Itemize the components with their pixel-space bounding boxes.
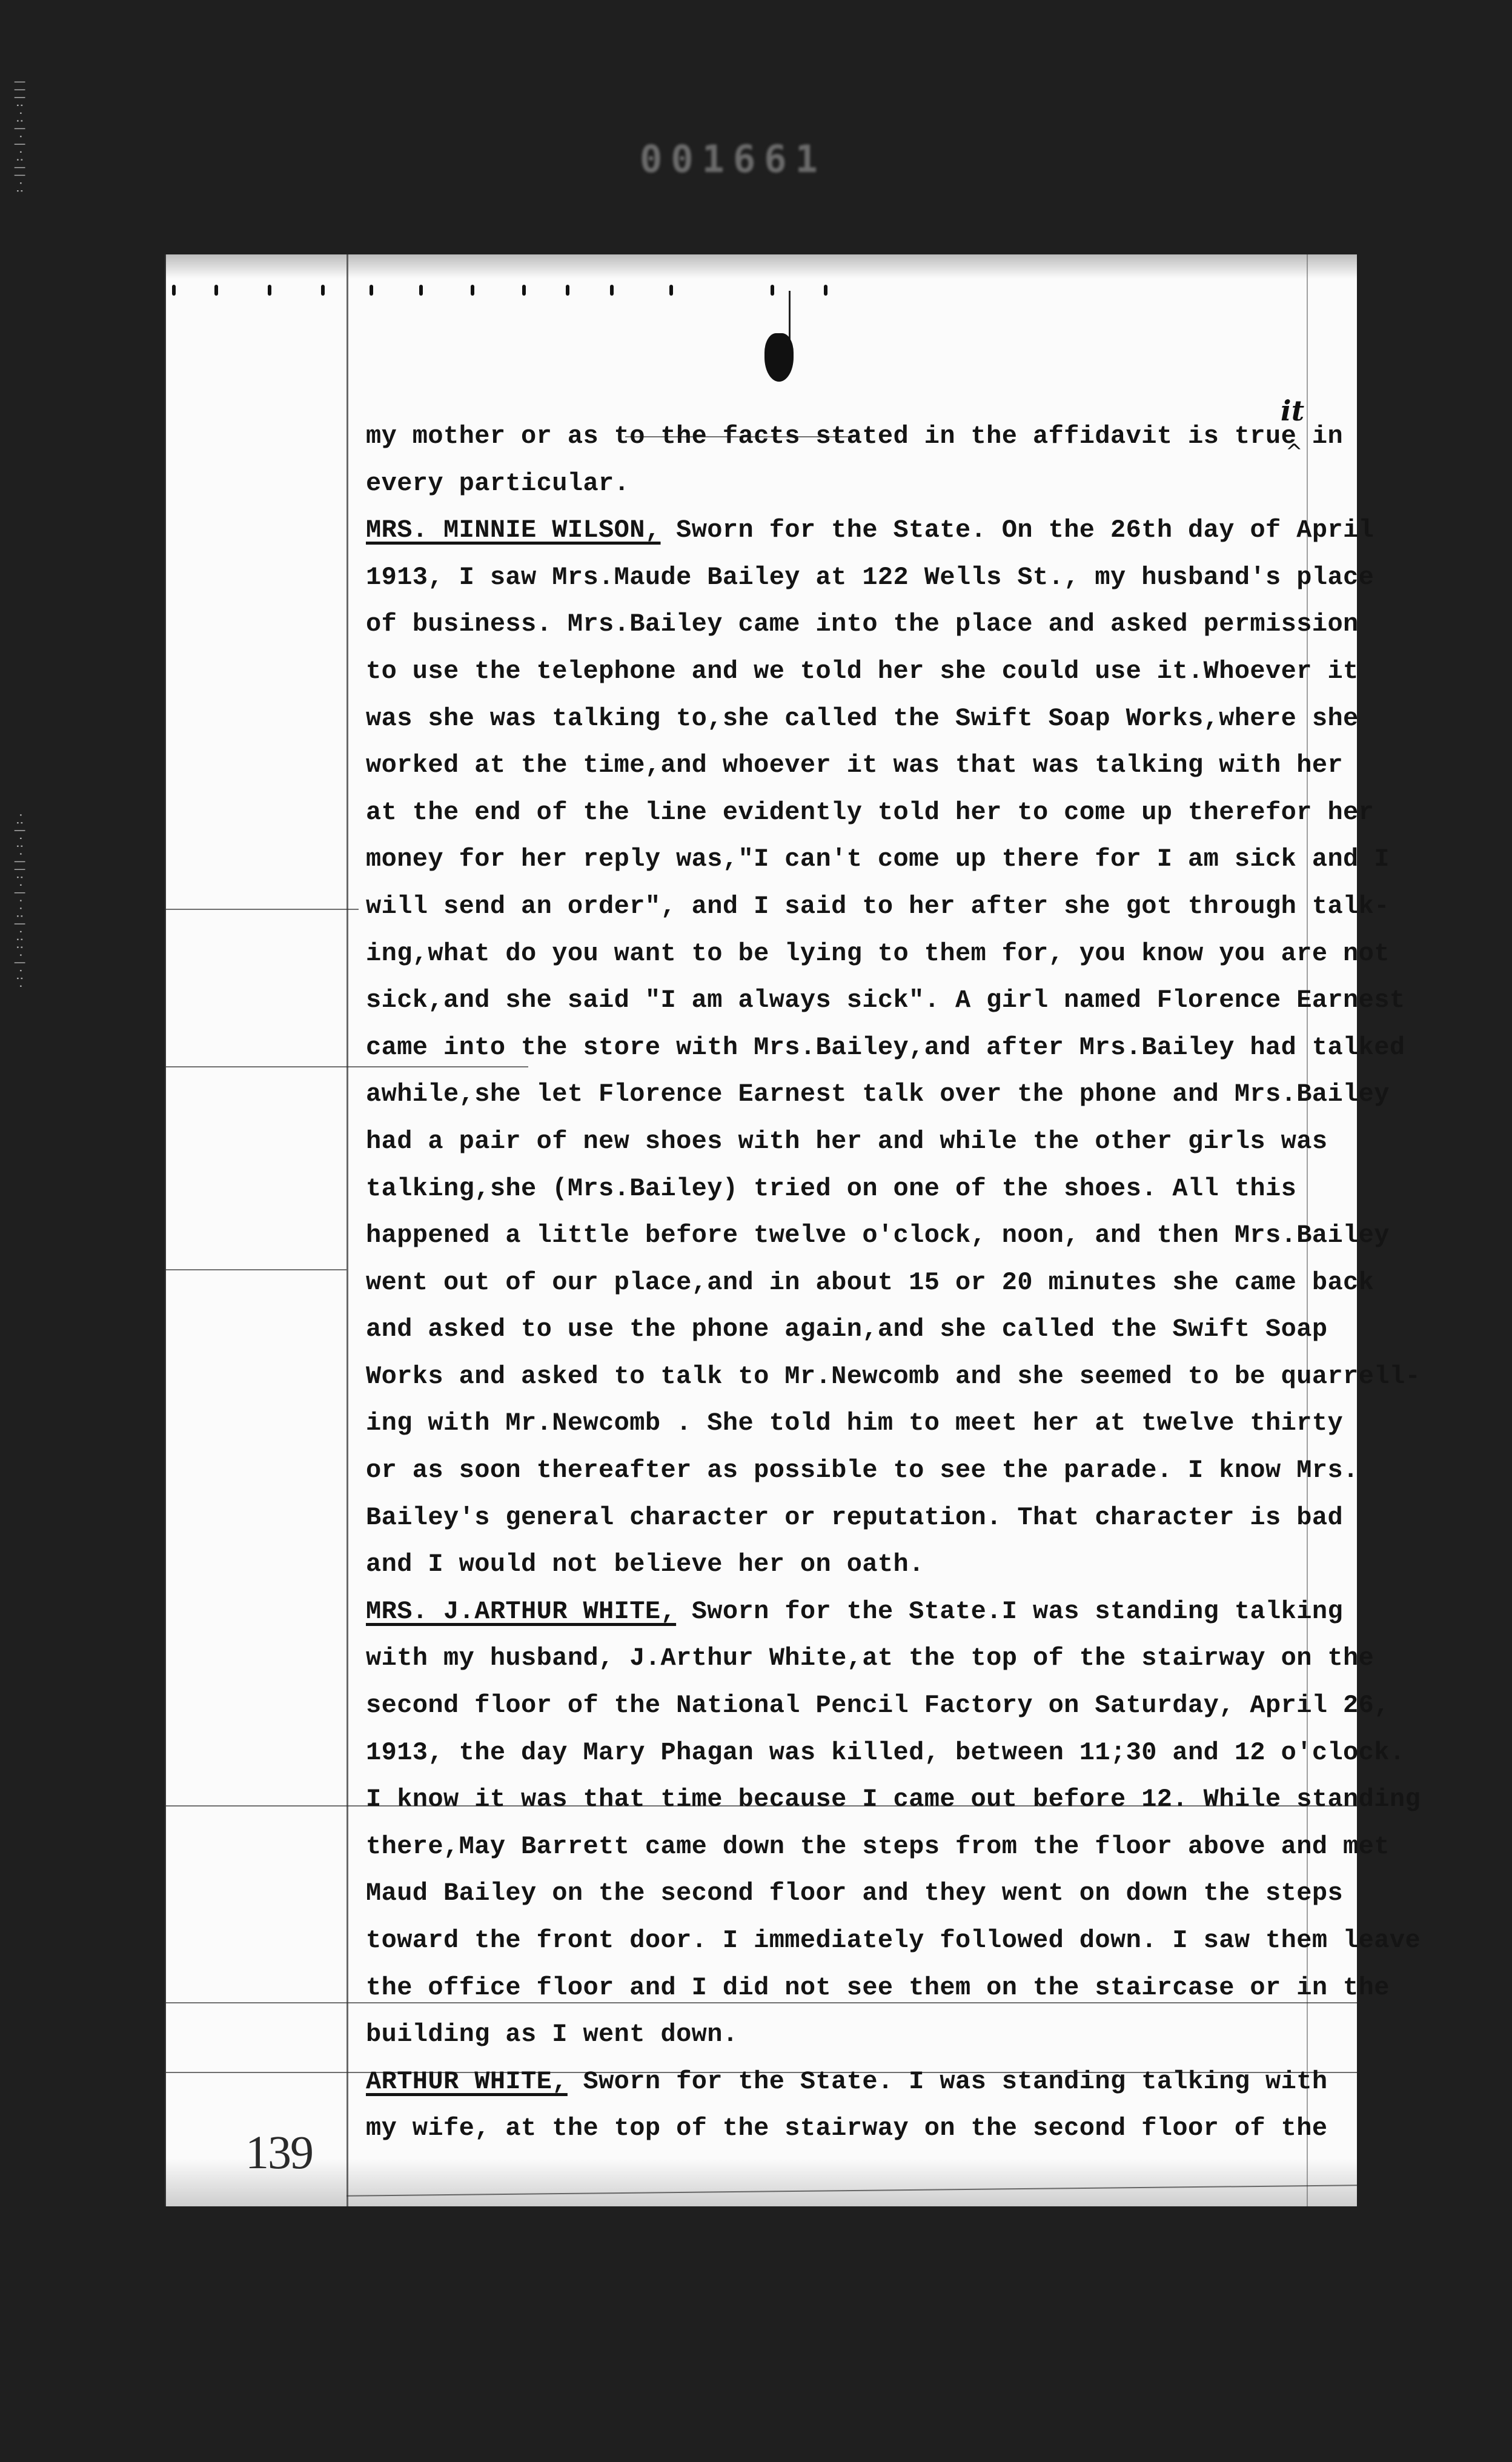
- typed-transcript: my mother or as to the facts stated in t…: [366, 413, 1311, 2152]
- line-text: sick,and she said "I am always sick". A …: [366, 986, 1405, 1015]
- line-text: to use the telephone and we told her she…: [366, 657, 1359, 686]
- binding-hole-row: [165, 285, 1357, 303]
- binding-hole-mark: [370, 285, 373, 296]
- text-line: 1913, the day Mary Phagan was killed, be…: [366, 1730, 1311, 1777]
- text-line: sick,and she said "I am always sick". A …: [366, 977, 1311, 1024]
- film-edge-marks-side: ·:|·:·||:·|··:|·::·|·:·: [12, 812, 27, 1006]
- binding-hole-mark: [610, 285, 614, 296]
- line-text: happened a little before twelve o'clock,…: [366, 1221, 1390, 1250]
- text-line: went out of our place,and in about 15 or…: [366, 1259, 1311, 1307]
- line-text: awhile,she let Florence Earnest talk ove…: [366, 1080, 1390, 1109]
- line-text: second floor of the National Pencil Fact…: [366, 1691, 1390, 1720]
- line-text: I know it was that time because I came o…: [366, 1785, 1421, 1814]
- film-frame-stamp: 001661: [640, 137, 826, 179]
- pencil-stroke: [165, 1269, 346, 1270]
- text-line: was she was talking to,she called the Sw…: [366, 695, 1311, 743]
- binding-hole-mark: [419, 285, 423, 296]
- line-text: 1913, I saw Mrs.Maude Bailey at 122 Well…: [366, 563, 1374, 592]
- text-line: I know it was that time because I came o…: [366, 1776, 1311, 1823]
- text-line: with my husband, J.Arthur White,at the t…: [366, 1635, 1311, 1682]
- binding-hole-mark: [214, 285, 218, 296]
- binding-hole-mark: [522, 285, 526, 296]
- line-text: came into the store with Mrs.Bailey,and …: [366, 1033, 1405, 1062]
- line-text: talking,she (Mrs.Bailey) tried on one of…: [366, 1174, 1296, 1203]
- line-text: Sworn for the State. On the 26th day of …: [660, 516, 1374, 545]
- line-text: with my husband, J.Arthur White,at the t…: [366, 1644, 1374, 1673]
- text-line: Maud Bailey on the second floor and they…: [366, 1870, 1311, 1917]
- text-line: ing with Mr.Newcomb . She told him to me…: [366, 1400, 1311, 1447]
- line-text: Bailey's general character or reputation…: [366, 1503, 1343, 1532]
- text-line: my mother or as to the facts stated in t…: [366, 413, 1311, 460]
- witness-heading-line: ARTHUR WHITE, Sworn for the State. I was…: [366, 2059, 1311, 2106]
- line-text: ing with Mr.Newcomb . She told him to me…: [366, 1409, 1343, 1438]
- binding-hole-mark: [824, 285, 827, 296]
- pencil-stroke: [346, 2185, 1357, 2196]
- page-number: 139: [245, 2125, 313, 2180]
- text-line: every particular.: [366, 460, 1311, 508]
- text-line: had a pair of new shoes with her and whi…: [366, 1118, 1311, 1166]
- line-text: will send an order", and I said to her a…: [366, 892, 1390, 921]
- text-line: the office floor and I did not see them …: [366, 1965, 1311, 2012]
- line-text: or as soon thereafter as possible to see…: [366, 1456, 1359, 1485]
- witness-heading-line: MRS. J.ARTHUR WHITE, Sworn for the State…: [366, 1588, 1311, 1636]
- line-text: building as I went down.: [366, 2020, 738, 2049]
- text-line: came into the store with Mrs.Bailey,and …: [366, 1024, 1311, 1072]
- text-line: my wife, at the top of the stairway on t…: [366, 2105, 1311, 2152]
- line-text: was she was talking to,she called the Sw…: [366, 704, 1359, 733]
- handwritten-insertion: it: [1281, 388, 1305, 435]
- line-text: my mother or as to the facts stated in t…: [366, 422, 1343, 451]
- document-page: 139 my mother or as to the facts stated …: [165, 254, 1357, 2206]
- text-line: money for her reply was,"I can't come up…: [366, 836, 1311, 883]
- text-line: happened a little before twelve o'clock,…: [366, 1212, 1311, 1259]
- line-text: ing,what do you want to be lying to them…: [366, 939, 1390, 968]
- binding-hole-mark: [471, 285, 474, 296]
- line-text: had a pair of new shoes with her and whi…: [366, 1127, 1327, 1156]
- left-margin-rule: [346, 254, 348, 2206]
- line-text: and I would not believe her on oath.: [366, 1550, 924, 1579]
- line-text: worked at the time,and whoever it was th…: [366, 751, 1343, 780]
- binding-hole-mark: [321, 285, 325, 296]
- line-text: and asked to use the phone again,and she…: [366, 1315, 1327, 1344]
- text-line: will send an order", and I said to her a…: [366, 883, 1311, 931]
- binding-hole-mark: [771, 285, 774, 296]
- line-text: toward the front door. I immediately fol…: [366, 1926, 1421, 1955]
- text-line: Bailey's general character or reputation…: [366, 1495, 1311, 1542]
- binding-hole-mark: [268, 285, 271, 296]
- text-line: or as soon thereafter as possible to see…: [366, 1447, 1311, 1495]
- line-text: every particular.: [366, 469, 629, 498]
- line-text: of business. Mrs.Bailey came into the pl…: [366, 609, 1359, 639]
- witness-name: MRS. J.ARTHUR WHITE,: [366, 1597, 676, 1626]
- binding-hole-mark: [669, 285, 673, 296]
- text-line: to use the telephone and we told her she…: [366, 648, 1311, 695]
- line-text: there,May Barrett came down the steps fr…: [366, 1832, 1390, 1861]
- text-line: at the end of the line evidently told he…: [366, 789, 1311, 837]
- text-line: talking,she (Mrs.Bailey) tried on one of…: [366, 1166, 1311, 1213]
- witness-name: ARTHUR WHITE,: [366, 2067, 568, 2096]
- text-line: and asked to use the phone again,and she…: [366, 1306, 1311, 1353]
- witness-name: MRS. MINNIE WILSON,: [366, 516, 660, 545]
- text-line: of business. Mrs.Bailey came into the pl…: [366, 601, 1311, 648]
- line-text: 1913, the day Mary Phagan was killed, be…: [366, 1738, 1405, 1767]
- line-text: at the end of the line evidently told he…: [366, 798, 1374, 827]
- text-line: and I would not believe her on oath.: [366, 1541, 1311, 1588]
- ink-blot: [764, 333, 794, 382]
- line-text: Works and asked to talk to Mr.Newcomb an…: [366, 1362, 1421, 1391]
- witness-heading-line: MRS. MINNIE WILSON, Sworn for the State.…: [366, 507, 1311, 554]
- film-edge-marks-top: |||:·:|·|·:||·:: [12, 79, 27, 218]
- text-line: 1913, I saw Mrs.Maude Bailey at 122 Well…: [366, 554, 1311, 602]
- binding-hole-mark: [172, 285, 176, 296]
- line-text: the office floor and I did not see them …: [366, 1973, 1390, 2002]
- line-text: Sworn for the State. I was standing talk…: [568, 2067, 1328, 2096]
- line-text: Maud Bailey on the second floor and they…: [366, 1879, 1343, 1908]
- binding-hole-mark: [566, 285, 569, 296]
- line-text: money for her reply was,"I can't come up…: [366, 844, 1390, 874]
- text-line: worked at the time,and whoever it was th…: [366, 742, 1311, 789]
- line-text: my wife, at the top of the stairway on t…: [366, 2114, 1327, 2143]
- text-line: ing,what do you want to be lying to them…: [366, 931, 1311, 978]
- text-line: toward the front door. I immediately fol…: [366, 1917, 1311, 1965]
- text-line: awhile,she let Florence Earnest talk ove…: [366, 1071, 1311, 1118]
- text-line: building as I went down.: [366, 2011, 1311, 2059]
- pencil-stroke: [165, 909, 359, 910]
- text-line: Works and asked to talk to Mr.Newcomb an…: [366, 1353, 1311, 1401]
- line-text: Sworn for the State.I was standing talki…: [676, 1597, 1343, 1626]
- text-line: there,May Barrett came down the steps fr…: [366, 1823, 1311, 1871]
- text-line: second floor of the National Pencil Fact…: [366, 1682, 1311, 1730]
- line-text: went out of our place,and in about 15 or…: [366, 1268, 1374, 1297]
